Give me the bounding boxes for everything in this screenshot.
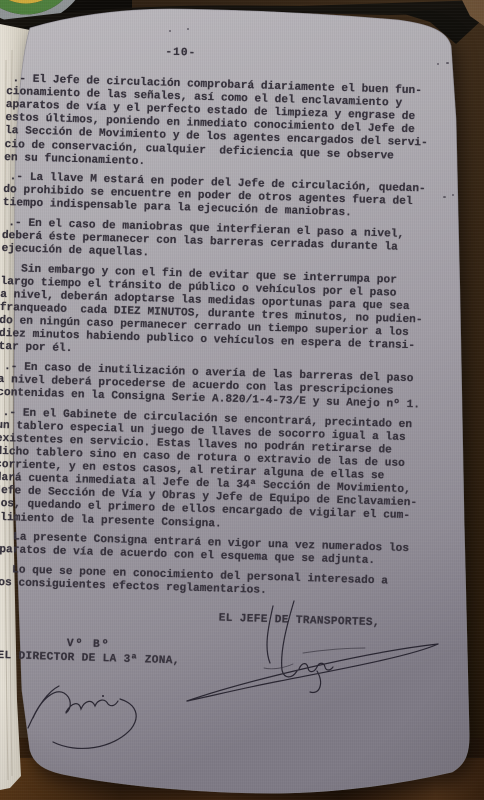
- signatures: [0, 0, 484, 800]
- signature-jefe-transportes: [187, 601, 438, 701]
- photo-of-document-page: -10- .- El Jefe de circulación comprobar…: [0, 0, 484, 800]
- signature-director-zona: [28, 686, 136, 748]
